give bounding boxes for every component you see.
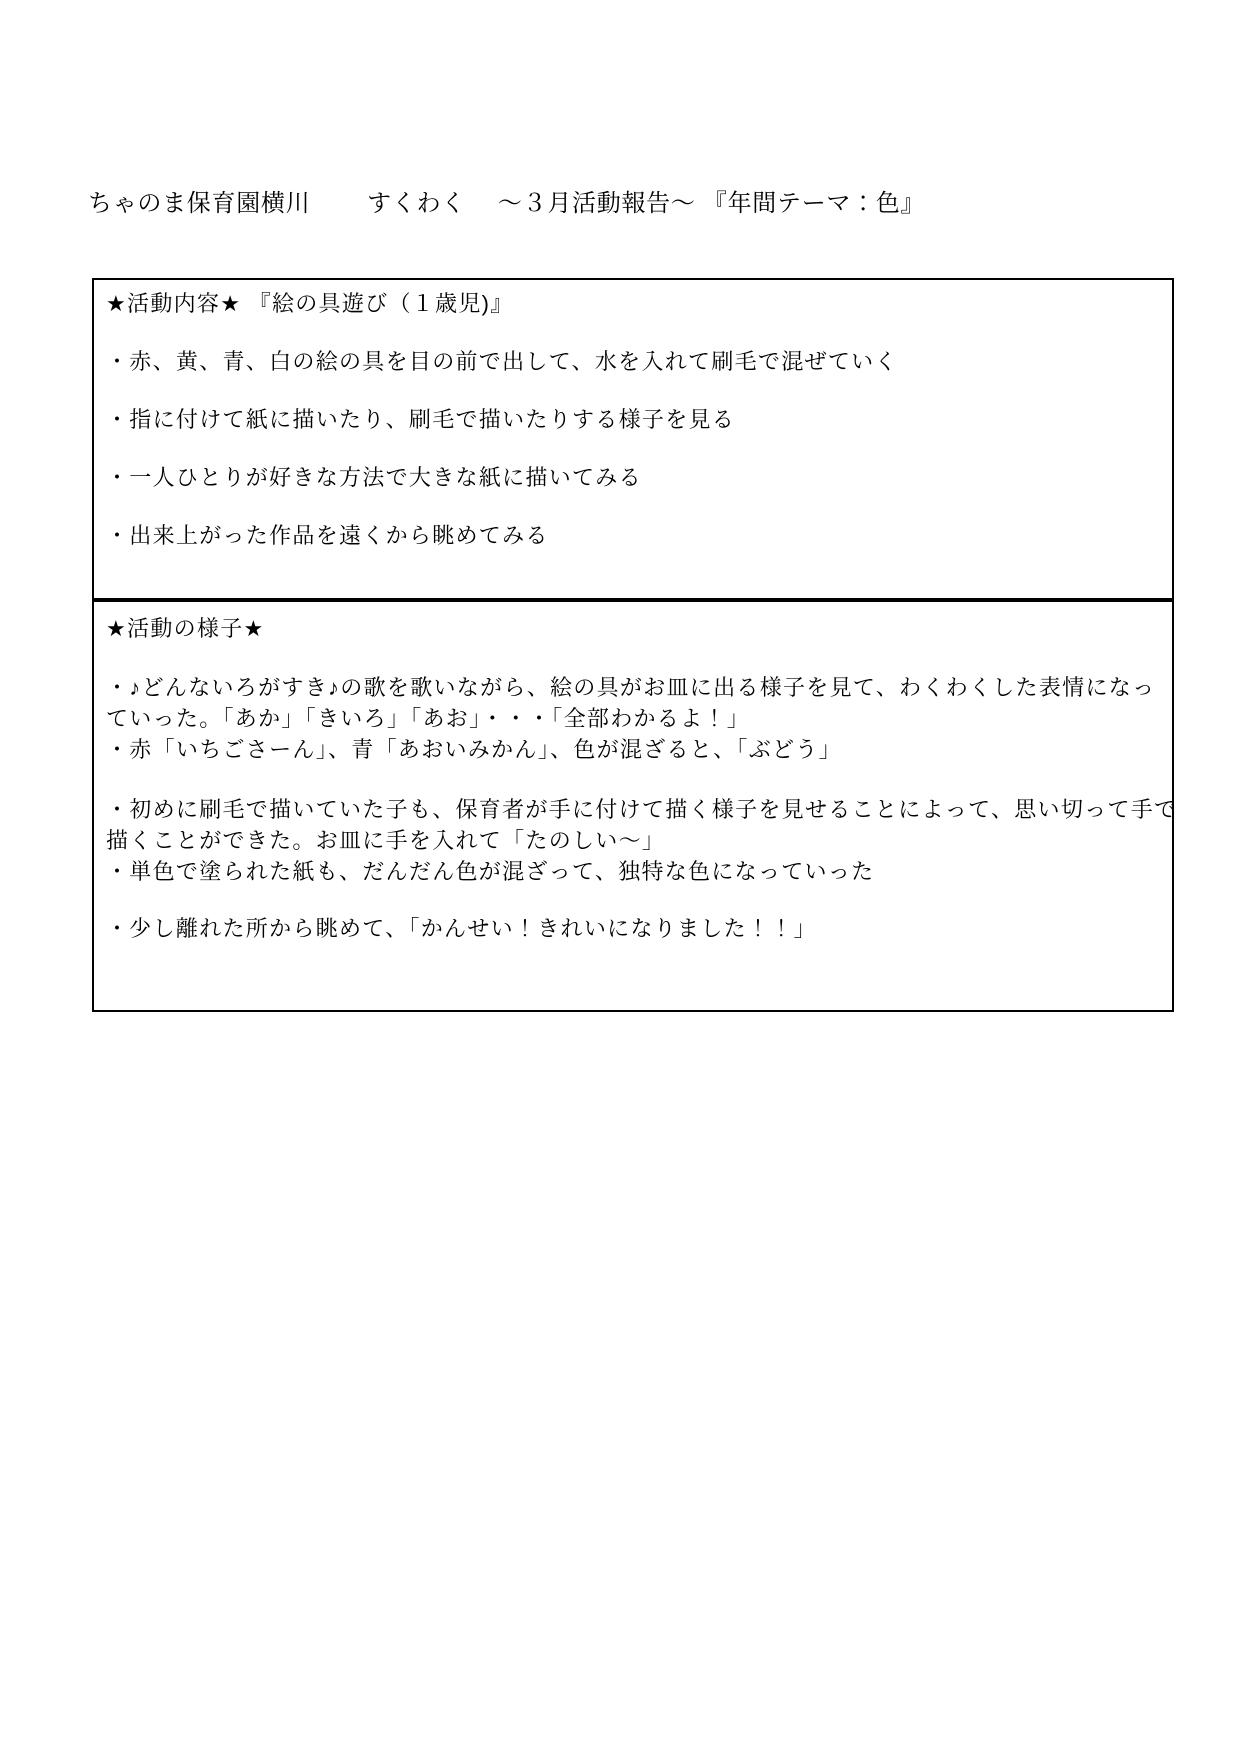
activity-report-heading: ★活動の様子★ <box>106 613 1160 644</box>
document-title: ちゃのま保育園横川 すくわく ～３月活動報告～ 『年間テーマ：色』 <box>88 188 925 220</box>
activity-report-paragraph: ・初めに刷毛で描いていた子も、保育者が手に付けて描く様子を見せることによって、思… <box>106 794 1160 856</box>
activity-content-item: ・指に付けて紙に描いたり、刷毛で描いたりする様子を見る <box>106 406 1160 434</box>
activity-content-item: ・出来上がった作品を遠くから眺めてみる <box>106 522 1160 550</box>
activity-content-heading: ★活動内容★ 『絵の具遊び（１歳児)』 <box>106 290 1160 318</box>
activity-content-item: ・赤、黄、青、白の絵の具を目の前で出して、水を入れて刷毛で混ぜていく <box>106 348 1160 376</box>
activity-report-paragraph: ・♪どんないろがすき♪の歌を歌いながら、絵の具がお皿に出る様子を見て、わくわくし… <box>106 672 1160 734</box>
activity-report-box: ★活動の様子★ ・♪どんないろがすき♪の歌を歌いながら、絵の具がお皿に出る様子を… <box>92 600 1174 1012</box>
activity-content-box: ★活動内容★ 『絵の具遊び（１歳児)』 ・赤、黄、青、白の絵の具を目の前で出して… <box>92 278 1174 600</box>
activity-report-paragraph: ・赤「いちごさーん」、青「あおいみかん」、色が混ざると、「ぶどう」 <box>106 734 1160 765</box>
activity-content-item: ・一人ひとりが好きな方法で大きな紙に描いてみる <box>106 464 1160 492</box>
activity-report-paragraph: ・少し離れた所から眺めて、「かんせい！きれいになりました！！」 <box>106 913 1160 944</box>
document-page: ちゃのま保育園横川 すくわく ～３月活動報告～ 『年間テーマ：色』 ★活動内容★… <box>0 0 1241 1755</box>
activity-report-paragraph: ・単色で塗られた紙も、だんだん色が混ざって、独特な色になっていった <box>106 856 1160 887</box>
